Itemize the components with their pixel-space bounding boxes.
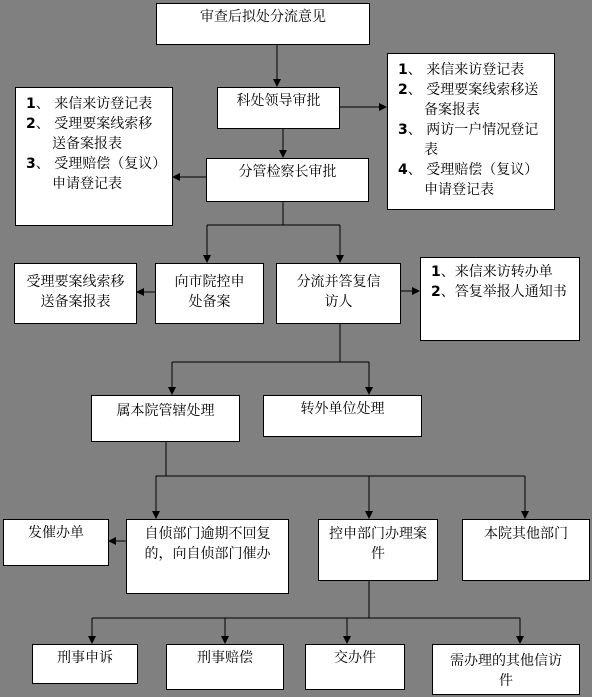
node-label: 刑事申诉 [57, 650, 113, 666]
node-complaint-dept-handle: 控申部门办理案件 [318, 519, 438, 581]
node-transfer-external: 转外单位处理 [263, 395, 422, 437]
list-reply-forms: 1、来信来访转办单 2、答复举报人通知书 [420, 257, 580, 341]
node-label: 分流并答复信访人 [297, 274, 381, 310]
node-other-petitions: 需办理的其他信访件 [432, 644, 580, 695]
node-other-departments: 本院其他部门 [462, 519, 590, 581]
list-item: 1、来信来访转办单 [431, 262, 573, 282]
node-label: 刑事赔偿 [197, 650, 253, 666]
list-item: 1、 来信来访登记表 [398, 60, 550, 80]
list-item: 2、答复举报人通知书 [431, 282, 573, 302]
node-criminal-compensation: 刑事赔偿 [166, 644, 284, 690]
node-label: 控申部门办理案件 [329, 526, 427, 562]
node-label: 交办件 [334, 650, 376, 666]
node-label: 转外单位处理 [301, 401, 385, 417]
node-own-jurisdiction: 属本院管辖处理 [91, 395, 240, 442]
list-deputy-forms: 1、 来信来访登记表 2、 受理要案线索移送备案报表 3、 受理赔偿（复议）申请… [15, 87, 173, 226]
list-item: 2、 受理要案线索移送备案报表 [398, 80, 550, 120]
node-section-leader-approval: 科处领导审批 [217, 87, 340, 129]
node-send-urging-notice: 发催办单 [3, 519, 109, 566]
list-item: 3、 两访一户情况登记表 [398, 120, 550, 160]
node-assigned-cases: 交办件 [305, 644, 405, 690]
node-label: 属本院管辖处理 [117, 403, 215, 419]
node-self-investigation-overdue: 自侦部门逾期不回复的，向自侦部门催办 [126, 519, 289, 594]
node-report-to-city: 向市院控申处备案 [155, 263, 264, 324]
node-label: 受理要案线索移送备案报表 [27, 274, 125, 310]
list-item: 3、 受理赔偿（复议）申请登记表 [26, 154, 166, 194]
node-label: 审查后拟处分流意见 [200, 9, 326, 25]
node-case-clue-report: 受理要案线索移送备案报表 [14, 263, 137, 324]
node-criminal-appeal: 刑事申诉 [32, 644, 138, 684]
node-label: 发催办单 [28, 525, 84, 541]
node-divert-and-reply: 分流并答复信访人 [276, 263, 401, 324]
list-item: 1、 来信来访登记表 [26, 94, 166, 114]
node-label: 分管检察长审批 [239, 164, 337, 180]
node-deputy-chief-approval: 分管检察长审批 [206, 158, 369, 202]
node-label: 科处领导审批 [237, 93, 321, 109]
node-label: 本院其他部门 [484, 526, 568, 542]
list-item: 2、 受理要案线索移送备案报表 [26, 114, 166, 154]
node-label: 自侦部门逾期不回复的，向自侦部门催办 [145, 526, 271, 562]
node-review-opinion: 审查后拟处分流意见 [156, 3, 370, 45]
list-item: 4、 受理赔偿（复议）申请登记表 [398, 160, 550, 200]
list-section-forms: 1、 来信来访登记表 2、 受理要案线索移送备案报表 3、 两访一户情况登记表 … [387, 53, 555, 210]
node-label: 向市院控申处备案 [175, 274, 245, 310]
node-label: 需办理的其他信访件 [450, 653, 562, 689]
